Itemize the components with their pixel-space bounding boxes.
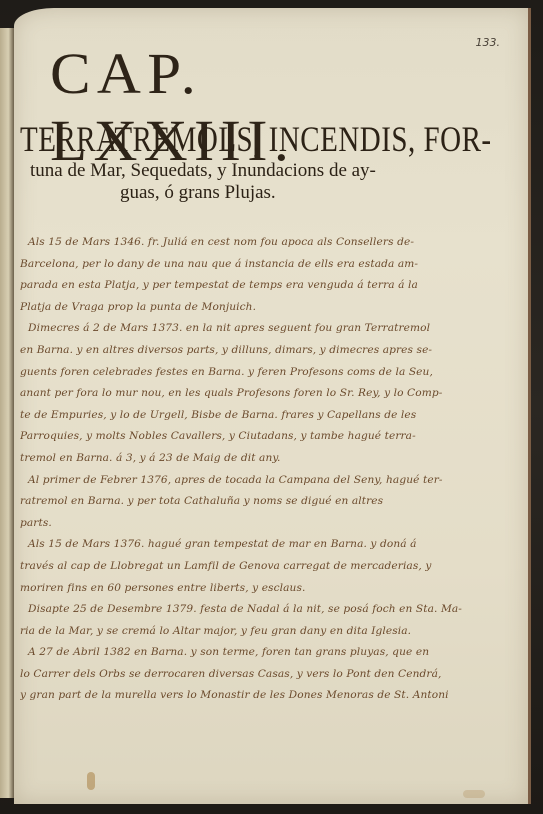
text-line: Dimecres á 2 de Mars 1373. en la nit apr…	[20, 318, 485, 340]
text-line: A 27 de Abril 1382 en Barna. y son terme…	[20, 642, 485, 664]
manuscript-body: Als 15 de Mars 1346. fr. Juliá en cest n…	[20, 232, 485, 707]
text-line: te de Empuries, y lo de Urgell, Bisbe de…	[20, 405, 485, 427]
text-line: en Barna. y en altres diversos parts, y …	[20, 340, 485, 362]
paragraph-1376-mar: Als 15 de Mars 1376. hagué gran tempesta…	[20, 534, 485, 599]
text-line: Platja de Vraga prop la punta de Monjuic…	[20, 297, 485, 319]
text-line: Al primer de Febrer 1376, apres de tocad…	[20, 470, 485, 492]
paragraph-1376-feb: Al primer de Febrer 1376, apres de tocad…	[20, 470, 485, 535]
text-line: ratremol en Barna. y per tota Cathaluña …	[20, 491, 485, 513]
text-line: Parroquies, y molts Nobles Cavallers, y …	[20, 426, 485, 448]
text-line: Als 15 de Mars 1376. hagué gran tempesta…	[20, 534, 485, 556]
text-line: y gran part de la murella vers lo Monast…	[20, 685, 485, 707]
text-line: Als 15 de Mars 1346. fr. Juliá en cest n…	[20, 232, 485, 254]
text-line: Barcelona, per lo dany de una nau que á …	[20, 254, 485, 276]
page-number: 133.	[476, 36, 501, 49]
text-line: moriren fins en 60 persones entre libert…	[20, 578, 485, 600]
ink-stain	[87, 772, 95, 790]
title-line-1: TERRATREMOLS, INCENDIS, FOR-	[20, 122, 500, 158]
paragraph-1382: A 27 de Abril 1382 en Barna. y son terme…	[20, 642, 485, 707]
text-line: lo Carrer dels Orbs se derrocaren divers…	[20, 664, 485, 686]
text-line: guents foren celebrades festes en Barna.…	[20, 362, 485, 384]
title-line-2: tuna de Mar, Sequedats, y Inundacions de…	[20, 161, 500, 180]
text-line: Disapte 25 de Desembre 1379. festa de Na…	[20, 599, 485, 621]
paragraph-1373: Dimecres á 2 de Mars 1373. en la nit apr…	[20, 318, 485, 469]
text-line: través al cap de Llobregat un Lamfil de …	[20, 556, 485, 578]
paper-stain	[463, 790, 485, 798]
text-line: ria de la Mar, y se cremá lo Altar major…	[20, 621, 485, 643]
text-line: tremol en Barna. á 3, y á 23 de Maig de …	[20, 448, 485, 470]
title-line-3: guas, ó grans Plujas.	[20, 183, 500, 202]
paragraph-1379: Disapte 25 de Desembre 1379. festa de Na…	[20, 599, 485, 642]
chapter-title: TERRATREMOLS, INCENDIS, FOR- tuna de Mar…	[20, 122, 500, 202]
text-line: anant per fora lo mur nou, en les quals …	[20, 383, 485, 405]
text-line: parada en esta Platja, y per tempestat d…	[20, 275, 485, 297]
paragraph-1346: Als 15 de Mars 1346. fr. Juliá en cest n…	[20, 232, 485, 318]
text-line: parts.	[20, 513, 485, 535]
